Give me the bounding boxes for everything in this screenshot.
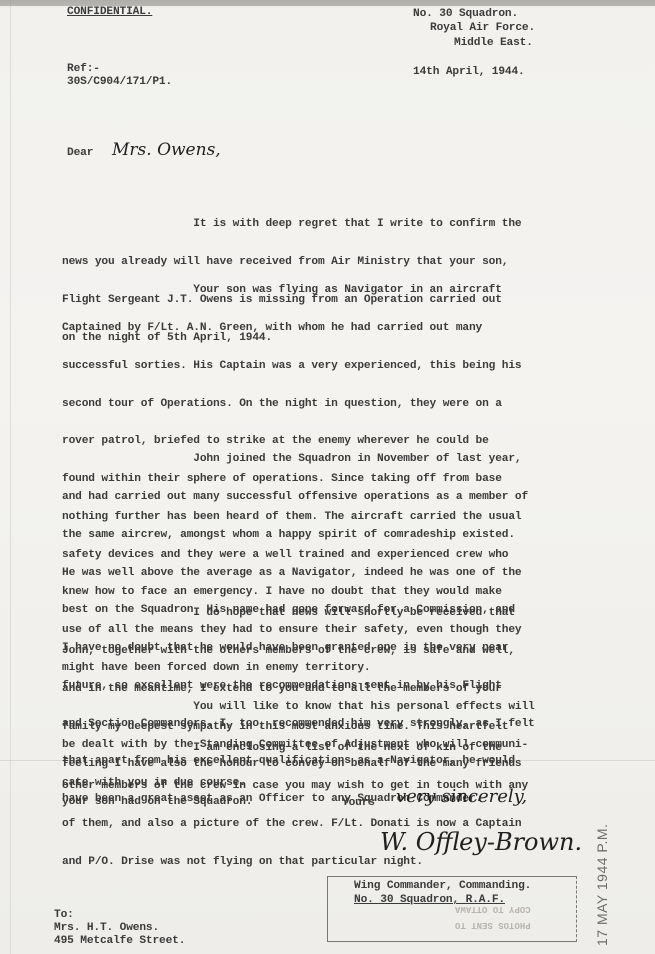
text-line: Captained by F/Lt. A.N. Green, with whom… (62, 322, 652, 335)
letter-date: 14th April, 1944. (413, 66, 525, 79)
text-line: It is with deep regret that I write to c… (62, 218, 652, 231)
text-line: I do hope that news will shortly be rece… (62, 607, 652, 620)
closing-handwritten: very sincerely, (396, 786, 527, 807)
recipient-label: To: (54, 909, 74, 922)
text-line: and P/O. Drise was not flying on that pa… (62, 856, 652, 869)
address-line: No. 30 Squadron. (413, 8, 518, 21)
text-line: John, together with the others members o… (62, 645, 652, 658)
paper-edge (10, 0, 11, 954)
received-date-stamp: 17 MAY 1944 P.M. (594, 826, 620, 946)
text-line: John joined the Squadron in November of … (62, 453, 652, 466)
ref-label: Ref:- (67, 63, 100, 76)
text-line: other members of the crew in case you ma… (62, 780, 652, 793)
text-line: the same aircrew, amongst whom a happy s… (62, 529, 652, 542)
signatory-title: Wing Commander, Commanding. (354, 880, 531, 893)
salutation: Dear (67, 147, 93, 160)
signatory-unit: No. 30 Squadron, R.A.F. (354, 894, 505, 907)
address-line: Royal Air Force. (430, 22, 535, 35)
signature: W. Offley-Brown. (380, 828, 582, 856)
salutation-handwritten: Mrs. Owens, (112, 140, 221, 160)
text-line: You will like to know that his personal … (62, 701, 652, 714)
text-line: I am enclosing a list of the next of kin… (62, 742, 652, 755)
text-line: successful sorties. His Captain was a ve… (62, 360, 652, 373)
classification-label: CONFIDENTIAL. (67, 6, 152, 19)
text-line: He was well above the average as a Navig… (62, 567, 652, 580)
letter-page: CONFIDENTIAL. No. 30 Squadron. Royal Air… (0, 0, 655, 954)
text-line: and had carried out many successful offe… (62, 491, 652, 504)
recipient-name: Mrs. H.T. Owens. (54, 922, 159, 935)
ref-number: 30S/C904/171/P1. (67, 76, 172, 89)
text-line: second tour of Operations. On the night … (62, 398, 652, 411)
stamp-faint-text: PHOTOS SENT TO (455, 920, 531, 930)
recipient-street: 495 Metcalfe Street. (54, 935, 185, 948)
address-line: Middle East. (454, 37, 533, 50)
closing: Yours (342, 797, 375, 810)
text-line: Your son was flying as Navigator in an a… (62, 284, 652, 297)
